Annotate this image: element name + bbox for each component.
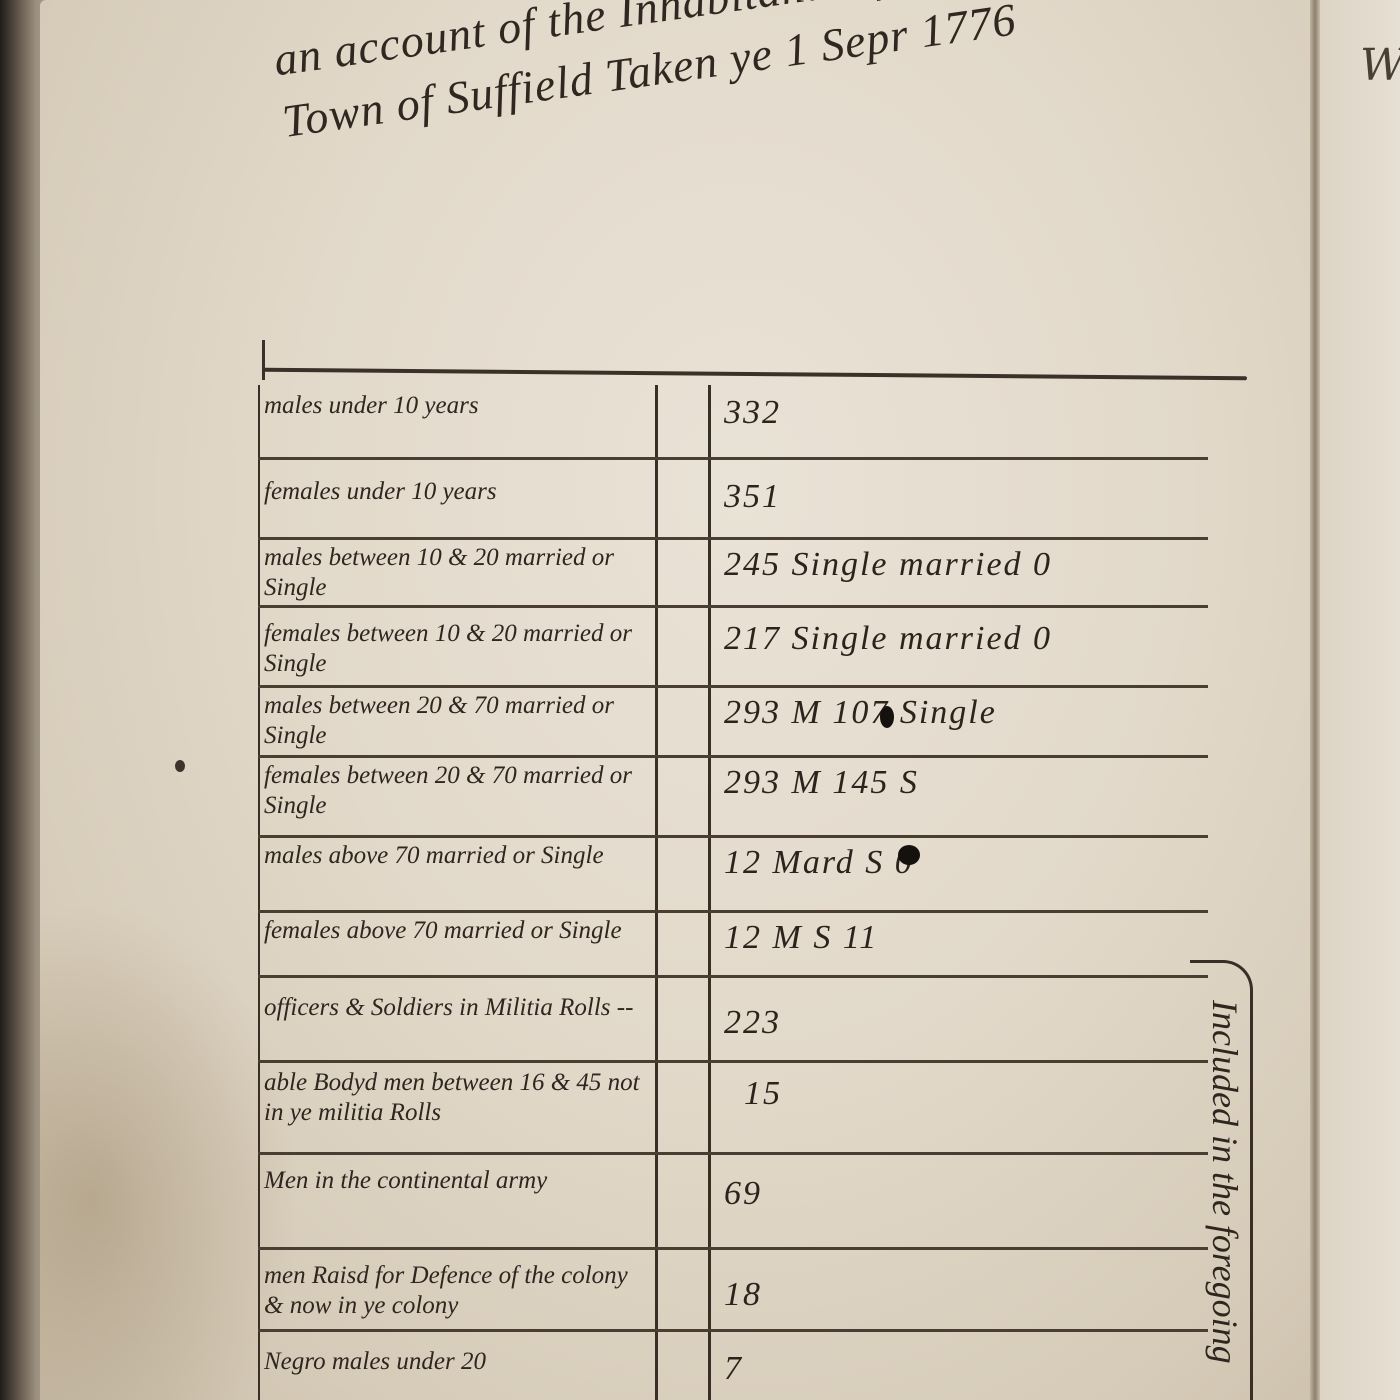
- book-gutter: [1310, 0, 1320, 1400]
- row-label: Negro males under 20: [264, 1347, 649, 1377]
- row-value: 12 M S 11: [724, 918, 1194, 958]
- row-label: females above 70 married or Single: [264, 916, 649, 946]
- row-value: 12 Mard S 0: [724, 843, 1194, 883]
- row-value: 18: [724, 1275, 1194, 1315]
- table-row: Negro males under 20 7: [258, 1329, 1208, 1400]
- row-label: men Raisd for Defence of the colony & no…: [264, 1261, 649, 1321]
- row-label: Men in the continental army: [264, 1166, 649, 1196]
- row-label: males between 10 & 20 married or Single: [264, 543, 649, 603]
- row-value: 293 M 107 Single: [724, 693, 1194, 733]
- row-value: 293 M 145 S: [724, 763, 1194, 803]
- table-row: men Raisd for Defence of the colony & no…: [258, 1247, 1208, 1332]
- row-label: males above 70 married or Single: [264, 841, 649, 871]
- row-label: able Bodyd men between 16 & 45 not in ye…: [264, 1068, 649, 1128]
- side-note-text: Included in the foregoing: [1204, 1000, 1246, 1400]
- row-value: 7: [724, 1349, 1194, 1389]
- table-row: males above 70 married or Single 12 Mard…: [258, 835, 1208, 913]
- table-row: females between 10 & 20 married or Singl…: [258, 605, 1208, 688]
- row-value: 245 Single married 0: [724, 545, 1194, 585]
- table-row: Men in the continental army 69: [258, 1152, 1208, 1250]
- row-label: females between 10 & 20 married or Singl…: [264, 619, 649, 679]
- row-value: 332: [724, 393, 1194, 433]
- table-row: females between 20 & 70 married or Singl…: [258, 755, 1208, 838]
- row-value: 15: [744, 1074, 1214, 1114]
- ink-blot: [898, 845, 920, 865]
- row-value: 217 Single married 0: [724, 619, 1194, 659]
- table-row: males between 20 & 70 married or Single …: [258, 685, 1208, 758]
- table-row: able Bodyd men between 16 & 45 not in ye…: [258, 1060, 1208, 1155]
- row-label: females between 20 & 70 married or Singl…: [264, 761, 649, 821]
- table-row: females above 70 married or Single 12 M …: [258, 910, 1208, 978]
- table-row: females under 10 years 351: [258, 457, 1208, 540]
- table-row: officers & Soldiers in Militia Rolls -- …: [258, 975, 1208, 1063]
- table-row: males between 10 & 20 married or Single …: [258, 537, 1208, 608]
- row-label: males under 10 years: [264, 391, 649, 421]
- row-value: 223: [724, 1003, 1194, 1043]
- row-value: 69: [724, 1174, 1194, 1214]
- row-value: 351: [724, 477, 1194, 517]
- facing-page: [1320, 0, 1400, 1400]
- paper-speck: [175, 760, 185, 772]
- row-label: officers & Soldiers in Militia Rolls --: [264, 993, 649, 1023]
- row-label: females under 10 years: [264, 477, 649, 507]
- row-label: males between 20 & 70 married or Single: [264, 691, 649, 751]
- table-row: males under 10 years 332: [258, 385, 1208, 460]
- facing-page-text: W: [1360, 40, 1400, 91]
- ink-blot: [880, 706, 894, 728]
- table-corner-mark: [262, 340, 265, 380]
